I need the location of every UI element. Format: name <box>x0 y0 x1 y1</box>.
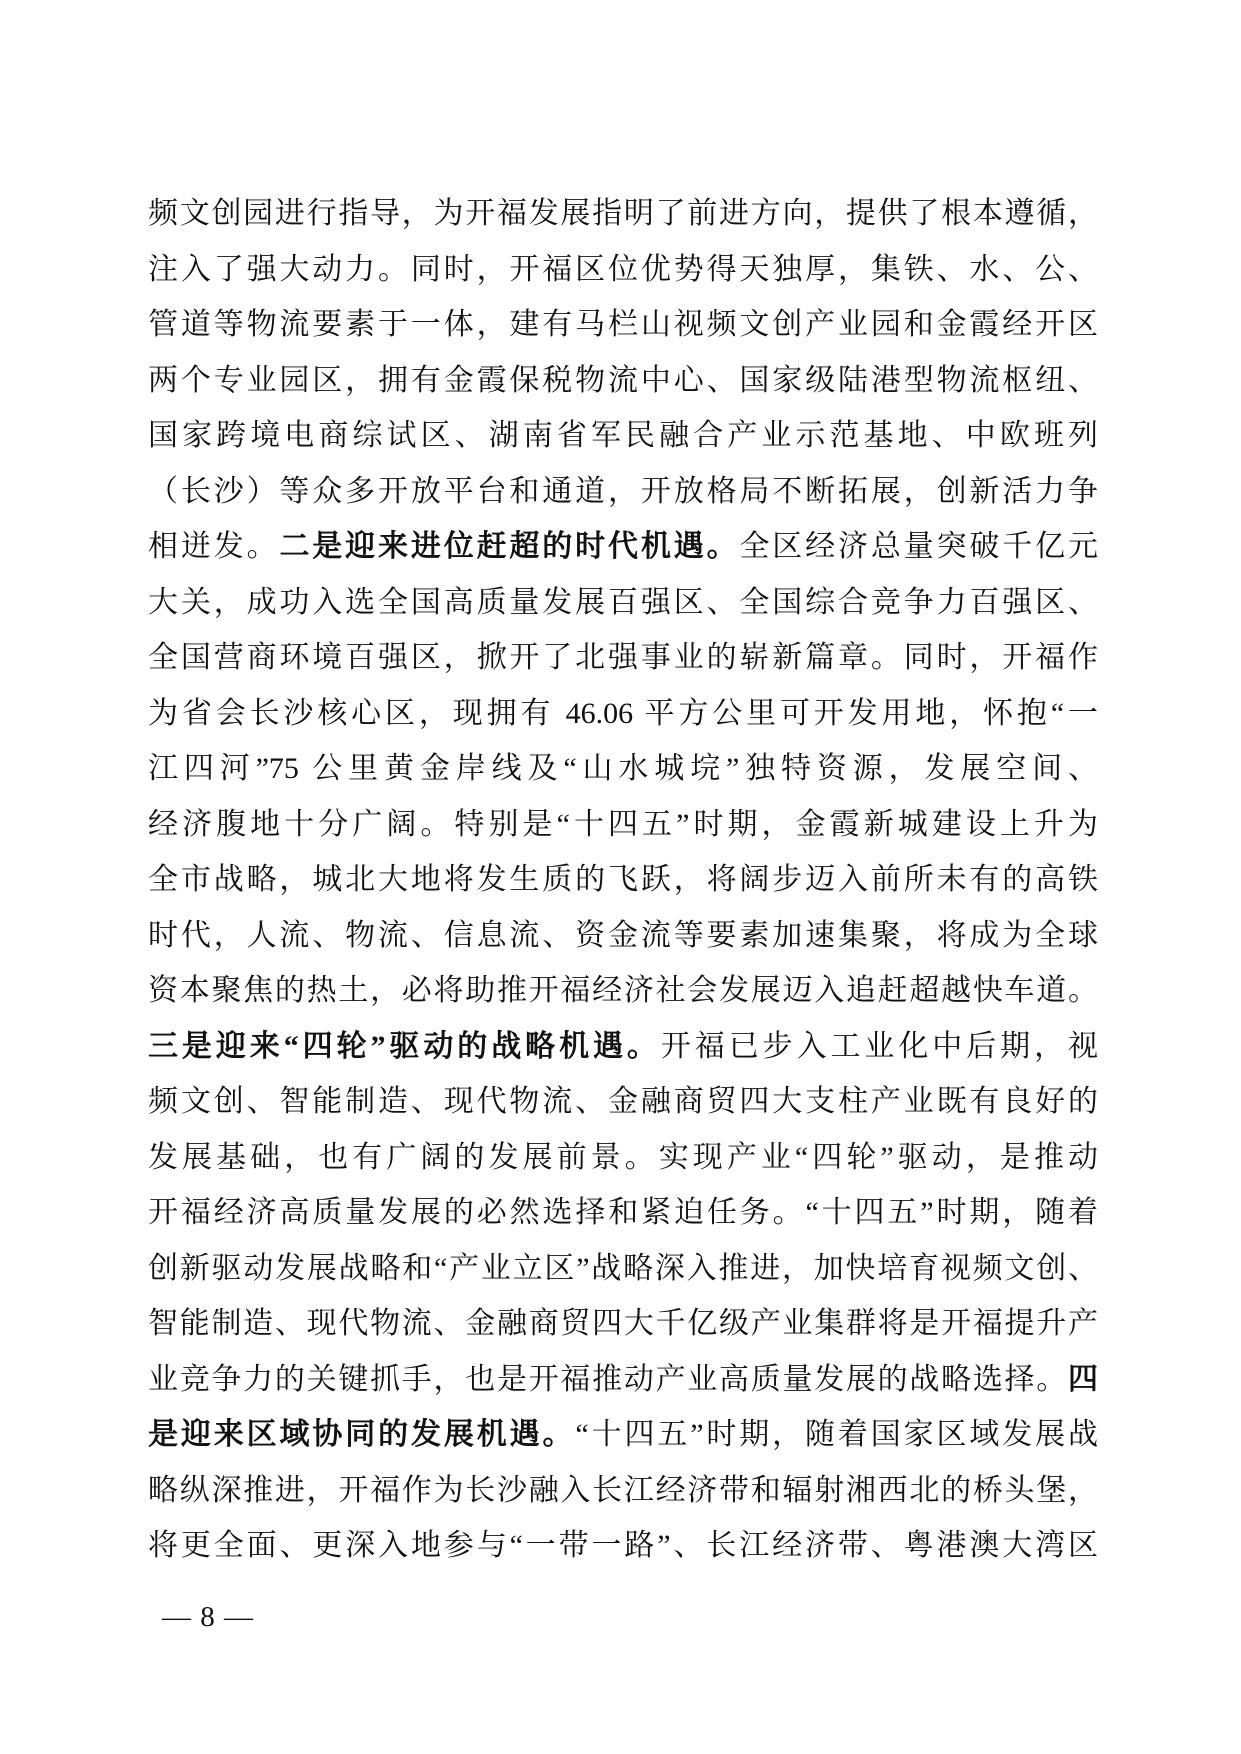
text-line: （长沙）等众多开放平台和通道，开放格局不断拓展，创新活力争 <box>148 464 1098 520</box>
body-text-segment: 将更全面、更深入地参与“一带一路”、长江经济带、粤港澳大湾区 <box>148 1529 1098 1562</box>
text-line: 相迸发。二是迎来进位赶超的时代机遇。全区经济总量突破千亿元 <box>148 519 1098 575</box>
body-text-segment: （长沙）等众多开放平台和通道，开放格局不断拓展，创新活力争 <box>148 475 1098 508</box>
text-line: 大关，成功入选全国高质量发展百强区、全国综合竞争力百强区、 <box>148 575 1098 631</box>
body-text-segment: 略纵深推进，开福作为长沙融入长江经济带和辐射湘西北的桥头堡， <box>148 1474 1098 1507</box>
text-line: 全国营商环境百强区，掀开了北强事业的崭新篇章。同时，开福作 <box>148 630 1098 686</box>
body-text-segment: 大关，成功入选全国高质量发展百强区、全国综合竞争力百强区、 <box>148 586 1098 619</box>
body-text-segment: 开福经济高质量发展的必然选择和紧迫任务。“十四五”时期，随着 <box>148 1196 1098 1229</box>
body-text-segment: 智能制造、现代物流、金融商贸四大千亿级产业集群将是开福提升产 <box>148 1307 1098 1340</box>
page-number: — 8 — <box>162 1595 254 1639</box>
body-text-segment: 两个专业园区，拥有金霞保税物流中心、国家级陆港型物流枢纽、 <box>148 364 1098 397</box>
text-line: 发展基础，也有广阔的发展前景。实现产业“四轮”驱动，是推动 <box>148 1130 1098 1186</box>
text-line: 开福经济高质量发展的必然选择和紧迫任务。“十四五”时期，随着 <box>148 1185 1098 1241</box>
document-page: 频文创园进行指导，为开福发展指明了前进方向，提供了根本遵循，注入了强大动力。同时… <box>0 0 1241 1754</box>
body-text-segment: 开福已步入工业化中后期，视 <box>661 1030 1098 1063</box>
text-line: 时代，人流、物流、信息流、资金流等要素加速集聚，将成为全球 <box>148 908 1098 964</box>
bold-heading-segment: 三是迎来“四轮”驱动的战略机遇。 <box>148 1030 661 1063</box>
text-line: 全市战略，城北大地将发生质的飞跃，将阔步迈入前所未有的高铁 <box>148 852 1098 908</box>
text-line: 是迎来区域协同的发展机遇。“十四五”时期，随着国家区域发展战 <box>148 1407 1098 1463</box>
body-text-segment: 时代，人流、物流、信息流、资金流等要素加速集聚，将成为全球 <box>148 919 1098 952</box>
document-body: 频文创园进行指导，为开福发展指明了前进方向，提供了根本遵循，注入了强大动力。同时… <box>148 186 1098 1574</box>
text-line: 两个专业园区，拥有金霞保税物流中心、国家级陆港型物流枢纽、 <box>148 353 1098 409</box>
body-text-segment: 注入了强大动力。同时，开福区位优势得天独厚，集铁、水、公、 <box>148 253 1098 286</box>
body-text-segment: 国家跨境电商综试区、湖南省军民融合产业示范基地、中欧班列 <box>148 419 1098 452</box>
body-text-segment: 江四河”75 公里黄金岸线及“山水城垸”独特资源，发展空间、 <box>148 752 1098 785</box>
text-line: 注入了强大动力。同时，开福区位优势得天独厚，集铁、水、公、 <box>148 242 1098 298</box>
bold-heading-segment: 是迎来区域协同的发展机遇。 <box>148 1418 575 1451</box>
body-text-segment: 频文创、智能制造、现代物流、金融商贸四大支柱产业既有良好的 <box>148 1085 1098 1118</box>
text-line: 业竞争力的关键抓手，也是开福推动产业高质量发展的战略选择。四 <box>148 1352 1098 1408</box>
text-line: 国家跨境电商综试区、湖南省军民融合产业示范基地、中欧班列 <box>148 408 1098 464</box>
text-line: 频文创、智能制造、现代物流、金融商贸四大支柱产业既有良好的 <box>148 1074 1098 1130</box>
body-text-segment: 全国营商环境百强区，掀开了北强事业的崭新篇章。同时，开福作 <box>148 641 1098 674</box>
text-line: 略纵深推进，开福作为长沙融入长江经济带和辐射湘西北的桥头堡， <box>148 1463 1098 1519</box>
body-text-segment: 为省会长沙核心区，现拥有 46.06 平方公里可开发用地，怀抱“一 <box>148 697 1098 730</box>
text-line: 三是迎来“四轮”驱动的战略机遇。开福已步入工业化中后期，视 <box>148 1019 1098 1075</box>
body-text-segment: 创新驱动发展战略和“产业立区”战略深入推进，加快培育视频文创、 <box>148 1252 1098 1285</box>
body-text-segment: 经济腹地十分广阔。特别是“十四五”时期，金霞新城建设上升为 <box>148 808 1098 841</box>
text-line: 智能制造、现代物流、金融商贸四大千亿级产业集群将是开福提升产 <box>148 1296 1098 1352</box>
text-line: 资本聚焦的热土，必将助推开福经济社会发展迈入追赶超越快车道。 <box>148 963 1098 1019</box>
body-text-segment: 资本聚焦的热土，必将助推开福经济社会发展迈入追赶超越快车道。 <box>148 974 1098 1007</box>
body-text-segment: 业竞争力的关键抓手，也是开福推动产业高质量发展的战略选择。 <box>148 1363 1068 1396</box>
text-line: 经济腹地十分广阔。特别是“十四五”时期，金霞新城建设上升为 <box>148 797 1098 853</box>
text-line: 为省会长沙核心区，现拥有 46.06 平方公里可开发用地，怀抱“一 <box>148 686 1098 742</box>
body-text-segment: 管道等物流要素于一体，建有马栏山视频文创产业园和金霞经开区 <box>148 308 1098 341</box>
text-line: 创新驱动发展战略和“产业立区”战略深入推进，加快培育视频文创、 <box>148 1241 1098 1297</box>
body-text-segment: “十四五”时期，随着国家区域发展战 <box>575 1418 1098 1451</box>
text-line: 江四河”75 公里黄金岸线及“山水城垸”独特资源，发展空间、 <box>148 741 1098 797</box>
body-text-segment: 发展基础，也有广阔的发展前景。实现产业“四轮”驱动，是推动 <box>148 1141 1098 1174</box>
body-text-segment: 相迸发。 <box>148 530 279 563</box>
body-text-segment: 全市战略，城北大地将发生质的飞跃，将阔步迈入前所未有的高铁 <box>148 863 1098 896</box>
text-line: 将更全面、更深入地参与“一带一路”、长江经济带、粤港澳大湾区 <box>148 1518 1098 1574</box>
body-text-segment: 频文创园进行指导，为开福发展指明了前进方向，提供了根本遵循， <box>148 197 1098 230</box>
text-line: 管道等物流要素于一体，建有马栏山视频文创产业园和金霞经开区 <box>148 297 1098 353</box>
text-line: 频文创园进行指导，为开福发展指明了前进方向，提供了根本遵循， <box>148 186 1098 242</box>
bold-heading-segment: 四 <box>1068 1363 1098 1396</box>
bold-heading-segment: 二是迎来进位赶超的时代机遇。 <box>279 530 739 563</box>
body-text-segment: 全区经济总量突破千亿元 <box>739 530 1098 563</box>
